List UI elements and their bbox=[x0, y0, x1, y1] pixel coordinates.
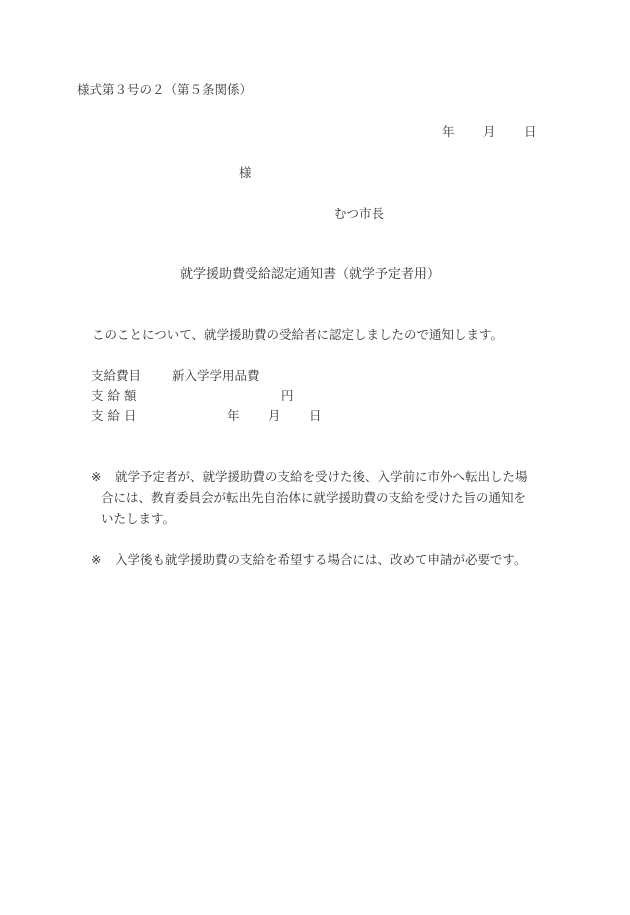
form-number: 様式第３号の２（第５条関係） bbox=[77, 84, 252, 97]
payment-year-label: 年 bbox=[227, 410, 240, 423]
payment-day-label: 日 bbox=[309, 410, 322, 423]
note-mark: ※ bbox=[91, 549, 101, 570]
note-line: 合には、教育委員会が転出先自治体に就学援助費の支給を受けた旨の通知を bbox=[101, 487, 526, 508]
payment-month-label: 月 bbox=[268, 410, 281, 423]
field-label-payment-date: 支 給 日 bbox=[91, 410, 136, 423]
note-line: 入学後も就学援助費の支給を希望する場合には、改めて申請が必要です。 bbox=[115, 549, 527, 570]
issue-year-label: 年 bbox=[442, 126, 455, 139]
note-mark: ※ bbox=[91, 466, 101, 487]
field-label-amount: 支 給 額 bbox=[91, 390, 136, 403]
note-line: いたします。 bbox=[101, 508, 175, 529]
issue-month-label: 月 bbox=[483, 126, 496, 139]
recipient-honorific: 様 bbox=[239, 167, 252, 180]
sender-name: むつ市長 bbox=[334, 208, 384, 221]
field-value-expense-item: 新入学学用品費 bbox=[172, 370, 260, 383]
note-line: 就学予定者が、就学援助費の支給を受けた後、入学前に市外へ転出した場 bbox=[115, 466, 528, 487]
field-label-expense-item: 支給費目 bbox=[91, 370, 141, 383]
issue-day-label: 日 bbox=[524, 126, 537, 139]
document-title: 就学援助費受給認定通知書（就学予定者用） bbox=[180, 268, 440, 281]
intro-text: このことについて、就学援助費の受給者に認定しましたので通知します。 bbox=[92, 329, 503, 342]
field-unit-yen: 円 bbox=[281, 390, 294, 403]
